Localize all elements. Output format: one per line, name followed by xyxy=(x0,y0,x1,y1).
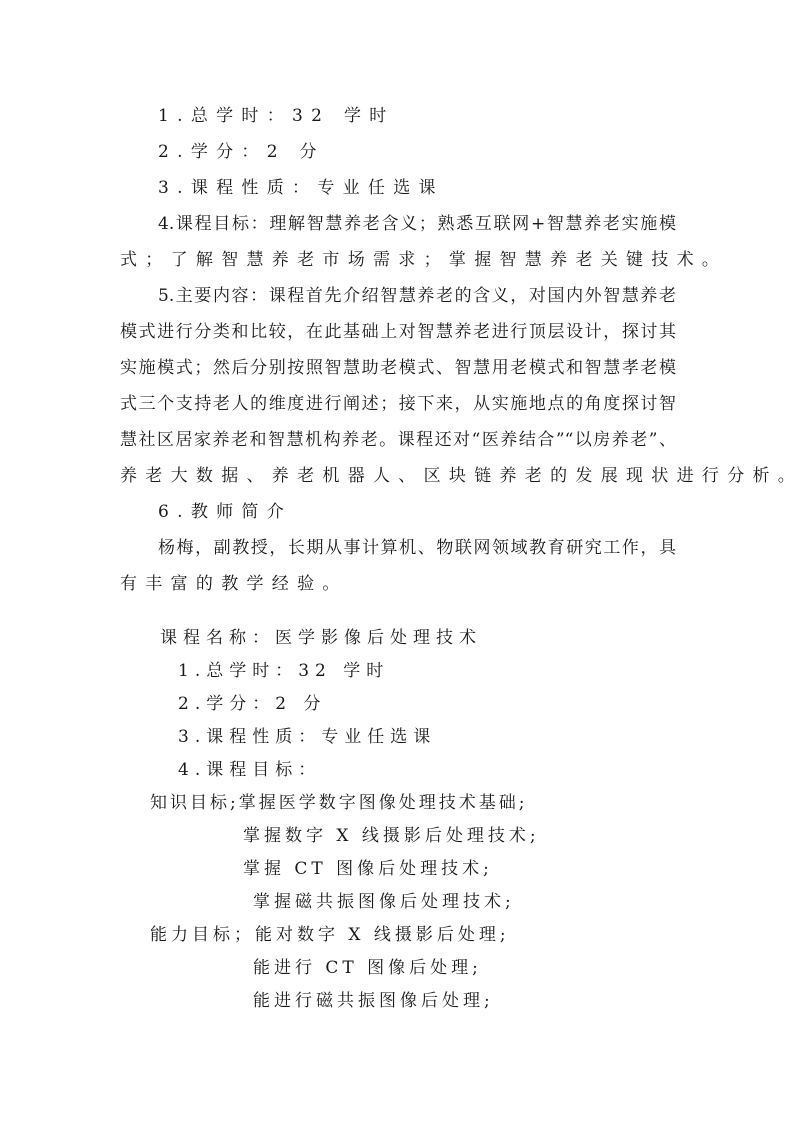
course1-content-line: 养老大数据、养老机器人、区块链养老的发展现状进行分析。 xyxy=(120,466,676,486)
course2-knowledge-goal: 掌握 CT 图像后处理技术; xyxy=(243,859,493,879)
course1-credits: 2.学分：2 分 xyxy=(158,142,325,162)
document-page: 1.总学时：32 学时 2.学分：2 分 3.课程性质：专业任选课 4.课程目标… xyxy=(0,0,793,1122)
course1-objectives-line: 4.课程目标：理解智慧养老含义；熟悉互联网+智慧养老实施模 xyxy=(158,214,676,234)
course2-hours: 1.总学时：32 学时 xyxy=(178,661,389,681)
course2-credits: 2.学分：2 分 xyxy=(178,694,326,714)
course2-objectives-heading: 4.课程目标： xyxy=(178,760,321,780)
course1-teacher-line: 杨梅，副教授，长期从事计算机、物联网领域教育研究工作，具 xyxy=(158,538,676,558)
course1-content-line: 式三个支持老人的维度进行阐述；接下来，从实施地点的角度探讨智 xyxy=(120,394,676,414)
course1-content-line: 慧社区居家养老和智慧机构养老。课程还对“医养结合”“以房养老”、 xyxy=(120,430,676,450)
course2-ability-goal: 能进行 CT 图像后处理; xyxy=(253,958,482,978)
course1-teacher-line: 有丰富的教学经验。 xyxy=(120,574,676,594)
course1-content-line: 模式进行分类和比较，在此基础上对智慧养老进行顶层设计，探讨其 xyxy=(120,322,676,342)
course2-ability-goal: 能进行磁共振图像后处理; xyxy=(253,991,494,1011)
course2-knowledge-goal: 掌握数字 X 线摄影后处理技术; xyxy=(243,826,540,846)
course2-knowledge-goal: 知识目标;掌握医学数字图像处理技术基础; xyxy=(150,793,527,813)
course2-knowledge-goal: 掌握磁共振图像后处理技术; xyxy=(253,892,515,912)
course1-teacher-heading: 6.教师简介 xyxy=(158,502,292,522)
course1-hours: 1.总学时：32 学时 xyxy=(158,106,395,126)
course2-ability-goal: 能力目标；能对数字 X 线摄影后处理; xyxy=(150,925,510,945)
course1-nature: 3.课程性质：专业任选课 xyxy=(158,178,444,198)
course1-content-line: 实施模式；然后分别按照智慧助老模式、智慧用老模式和智慧孝老模 xyxy=(120,358,676,378)
course2-nature: 3.课程性质：专业任选课 xyxy=(178,727,436,747)
course1-content-line: 5.主要内容：课程首先介绍智慧养老的含义，对国内外智慧养老 xyxy=(158,286,676,306)
course1-objectives-line: 式；了解智慧养老市场需求；掌握智慧养老关键技术。 xyxy=(120,250,676,270)
course2-name: 课程名称：医学影像后处理技术 xyxy=(160,628,482,648)
